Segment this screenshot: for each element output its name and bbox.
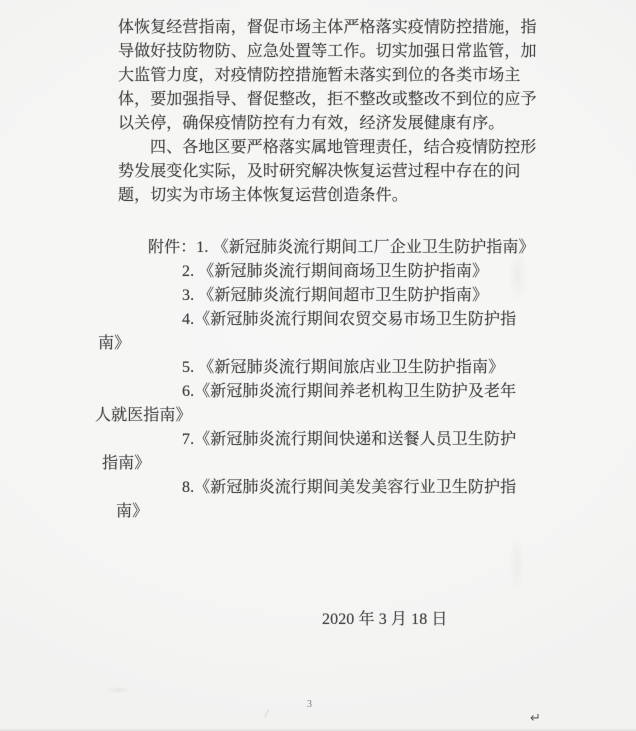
attachment-item-line: 7.《新冠肺炎流行期间快递和送餐人员卫生防护	[0, 428, 636, 452]
blank-gap	[0, 208, 636, 236]
date-line: 2020 年 3 月 18 日	[0, 608, 636, 632]
body-line: 大监管力度，对疫情防控措施暂未落实到位的各类市场主	[0, 64, 636, 88]
attachment-item-line: 2. 《新冠肺炎流行期间商场卫生防护指南》	[0, 260, 636, 284]
attachment-item-line: 5. 《新冠肺炎流行期间旅店业卫生防护指南》	[0, 356, 636, 380]
attachment-item-line: 8.《新冠肺炎流行期间美发美容行业卫生防护指	[0, 476, 636, 500]
attachment-item-continuation: 南》	[0, 500, 636, 524]
attachment-item-continuation: 南》	[0, 332, 636, 356]
attachment-item-line: 6.《新冠肺炎流行期间养老机构卫生防护及老年	[0, 380, 636, 404]
body-line: 以关停，确保疫情防控有力有效，经济发展健康有序。	[0, 112, 636, 136]
body-line: 题，切实为市场主体恢复运营创造条件。	[0, 184, 636, 208]
body-line: 体，要加强指导、督促整改，拒不整改或整改不到位的应予	[0, 88, 636, 112]
attachment-item-line: 4.《新冠肺炎流行期间农贸交易市场卫生防护指	[0, 308, 636, 332]
body-line: 体恢复经营指南，督促市场主体严格落实疫情防控措施，指	[0, 16, 636, 40]
attachment-label-line: 附件：1. 《新冠肺炎流行期间工厂企业卫生防护指南》	[0, 236, 636, 260]
body-line: 导做好技防物防、应急处置等工作。切实加强日常监管，加	[0, 40, 636, 64]
attachment-item-continuation: 人就医指南》	[0, 404, 636, 428]
page-number: 3	[307, 699, 312, 710]
scanned-document-page: 体恢复经营指南，督促市场主体严格落实疫情防控措施，指 导做好技防物防、应急处置等…	[0, 0, 636, 731]
body-line-paragraph-start: 四、各地区要严格落实属地管理责任，结合疫情防控形	[0, 136, 636, 160]
attachment-item-line: 3. 《新冠肺炎流行期间超市卫生防护指南》	[0, 284, 636, 308]
scan-slash-mark: /	[264, 708, 269, 720]
body-line: 势发展变化实际，及时研究解决恢复运营过程中存在的问	[0, 160, 636, 184]
document-body: 体恢复经营指南，督促市场主体严格落实疫情防控措施，指 导做好技防物防、应急处置等…	[0, 16, 636, 632]
return-mark-icon: ↵	[530, 711, 541, 726]
blank-gap	[0, 524, 636, 608]
attachment-item-continuation: 指南》	[0, 452, 636, 476]
